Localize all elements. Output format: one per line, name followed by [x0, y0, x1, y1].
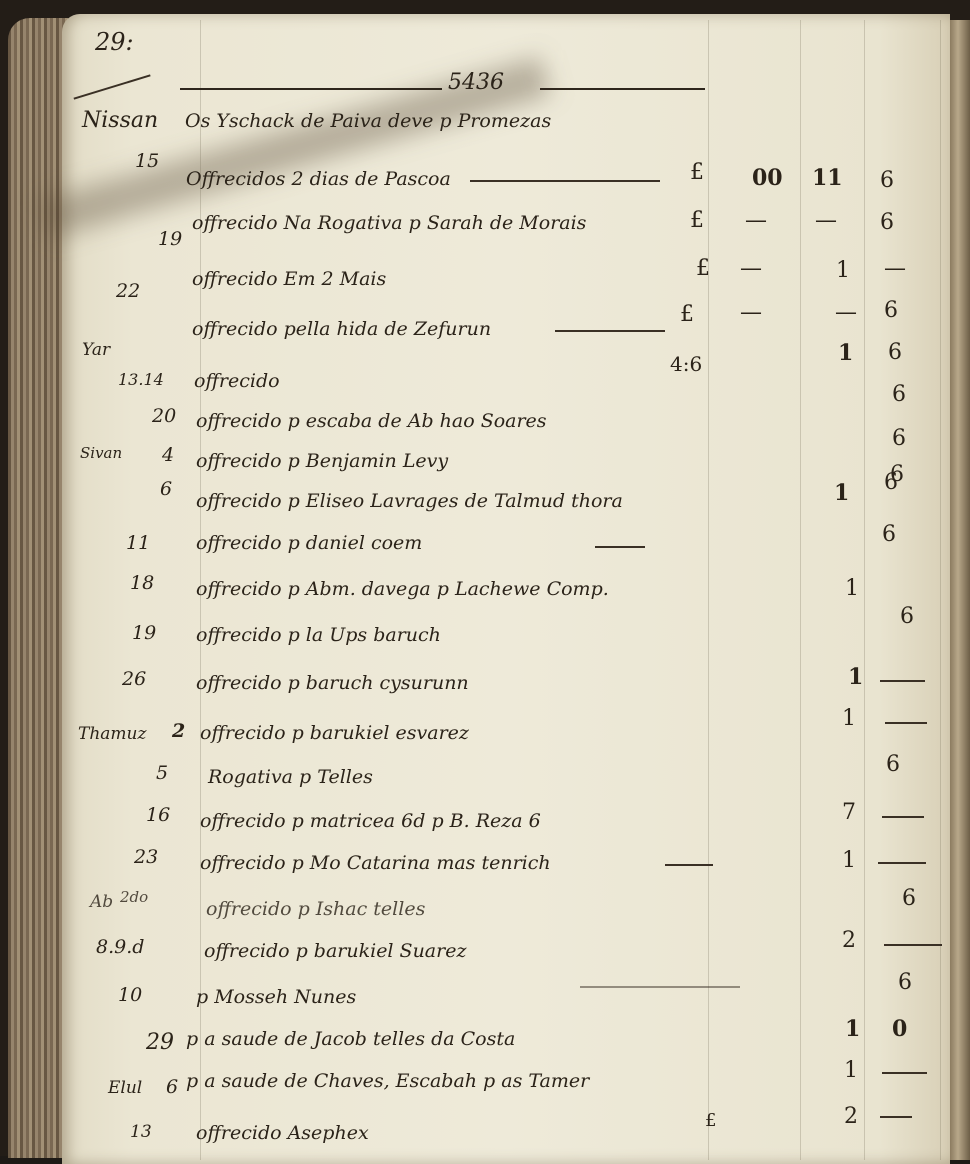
row-pence-dash	[882, 816, 924, 818]
row-entry: offrecido p Benjamin Levy	[196, 450, 448, 472]
row-day: 16	[146, 804, 170, 826]
row-pence: —	[884, 256, 906, 281]
strike-line	[580, 986, 740, 988]
row-pounds: —	[745, 208, 767, 233]
row-day: 5	[156, 762, 168, 784]
row-day: 19	[158, 228, 182, 250]
row-pence: 6	[892, 426, 906, 451]
row-month: Yar	[82, 340, 110, 360]
row-entry: p a saude de Jacob telles da Costa	[186, 1028, 515, 1050]
row-pence: 6	[900, 604, 914, 629]
column-rule-right	[940, 20, 941, 1156]
row-pence: 6	[888, 340, 902, 365]
row-pence: 6	[880, 168, 894, 193]
row-entry: offrecido Na Rogativa p Sarah de Morais	[192, 212, 586, 234]
row-shillings: 1	[848, 664, 863, 690]
row-shillings: 1	[845, 1016, 860, 1042]
row-entry: p Mosseh Nunes	[196, 986, 356, 1008]
row-day: 6	[160, 478, 172, 500]
row-day: 29	[146, 1030, 174, 1055]
column-rule-pence	[864, 20, 865, 1156]
row-subtotal: 4:6	[670, 352, 702, 376]
row-pence: 6	[902, 886, 916, 911]
filler-line	[665, 864, 713, 866]
row-day: 4	[162, 444, 174, 466]
row-entry: offrecido p Abm. davega p Lachewe Comp.	[196, 578, 609, 600]
row-entry: offrecido Asephex	[196, 1122, 369, 1144]
row-day: 22	[116, 280, 140, 302]
row-currency: £	[690, 160, 704, 185]
row-shillings: 2	[842, 928, 856, 953]
row-shillings: 11	[812, 165, 843, 191]
row-entry: offrecido p Ishac telles	[206, 898, 425, 920]
row-day: 2	[172, 720, 185, 742]
row-day: 20	[152, 405, 176, 427]
row-currency: £	[705, 1110, 716, 1131]
row-pence: 6	[880, 210, 894, 235]
ledger-photo: 29: 5436 Nissan Os Yschack de Paiva deve…	[0, 0, 970, 1156]
row-month: Ab	[90, 892, 113, 912]
row-entry: offrecido p Mo Catarina mas tenrich	[200, 852, 551, 874]
year-rule-right	[540, 88, 705, 90]
row-shillings: 1	[834, 480, 849, 506]
row-day: 19	[132, 622, 156, 644]
row-day: 18	[130, 572, 154, 594]
row-currency: £	[680, 302, 694, 327]
row-month: Sivan	[80, 444, 122, 462]
row-month: Nissan	[82, 108, 158, 133]
row-shillings: 1	[836, 258, 850, 283]
row-currency: £	[690, 208, 704, 233]
row-shillings: 1	[842, 848, 856, 873]
row-day: 2do	[120, 888, 148, 906]
row-day: 8.9.d	[96, 936, 144, 958]
row-pence-dash	[878, 862, 926, 864]
row-shillings: —	[835, 300, 857, 325]
row-month: Elul	[108, 1078, 142, 1098]
row-pounds: —	[740, 256, 762, 281]
row-pence: 6	[882, 522, 896, 547]
row-shillings: 1	[838, 340, 853, 366]
row-shillings: 1	[842, 706, 856, 731]
year-heading: 5436	[448, 70, 504, 95]
folio-number: 29:	[95, 28, 134, 56]
row-entry: p a saude de Chaves, Escabah p as Tamer	[186, 1070, 589, 1092]
row-shillings: —	[815, 208, 837, 233]
row-pounds: —	[740, 300, 762, 325]
row-pence: 0	[892, 1016, 907, 1042]
row-pence: 6	[892, 382, 906, 407]
row-entry: Rogativa p Telles	[208, 766, 373, 788]
filler-line	[555, 330, 665, 332]
row-pence: 6	[886, 752, 900, 777]
row-shillings: 2	[844, 1104, 858, 1129]
row-entry: offrecido p la Ups baruch	[196, 624, 441, 646]
row-entry: offrecido p matricea 6d p B. Reza 6	[200, 810, 541, 832]
row-day: 26	[122, 668, 146, 690]
row-entry: offrecido p Eliseo Lavrages de Talmud th…	[196, 490, 623, 512]
row-entry: offrecido Em 2 Mais	[192, 268, 386, 290]
row-day: 13	[130, 1122, 152, 1142]
row-day: 10	[118, 984, 142, 1006]
row-pounds: 00	[752, 165, 783, 191]
row-pence-dash	[882, 1072, 927, 1074]
filler-line	[595, 546, 645, 548]
row-day: 6	[166, 1076, 178, 1098]
right-page-edge	[950, 20, 970, 1156]
row-entry: offrecido p baruch cysurunn	[196, 672, 469, 694]
row-pence-dash	[880, 680, 925, 682]
filler-line	[470, 180, 660, 182]
row-day: 15	[135, 150, 159, 172]
row-entry: offrecido pella hida de Zefurun	[192, 318, 491, 340]
row-pence: 6	[884, 470, 898, 495]
row-shillings: 1	[845, 576, 859, 601]
year-rule-left	[180, 88, 442, 90]
row-entry: Os Yschack de Paiva deve p Promezas	[185, 110, 551, 132]
row-pence-dash	[884, 944, 942, 946]
row-entry: offrecido p escaba de Ab hao Soares	[196, 410, 547, 432]
row-shillings: 7	[842, 800, 856, 825]
row-pence-dash	[885, 722, 927, 724]
row-day: 23	[134, 846, 158, 868]
row-pence: 6	[898, 970, 912, 995]
row-entry: offrecido	[194, 370, 280, 392]
row-day: 13.14	[118, 370, 164, 389]
column-rule-shillings	[800, 20, 801, 1156]
row-pence-dash	[880, 1116, 912, 1118]
row-entry: offrecido p daniel coem	[196, 532, 422, 554]
row-shillings: 1	[844, 1058, 858, 1083]
row-entry: Offrecidos 2 dias de Pascoa	[186, 168, 451, 190]
row-pence: 6	[884, 298, 898, 323]
row-entry: offrecido p barukiel Suarez	[204, 940, 466, 962]
row-month: Thamuz	[78, 724, 146, 744]
row-currency: £	[696, 256, 710, 281]
row-entry: offrecido p barukiel esvarez	[200, 722, 469, 744]
row-day: 11	[126, 532, 150, 554]
